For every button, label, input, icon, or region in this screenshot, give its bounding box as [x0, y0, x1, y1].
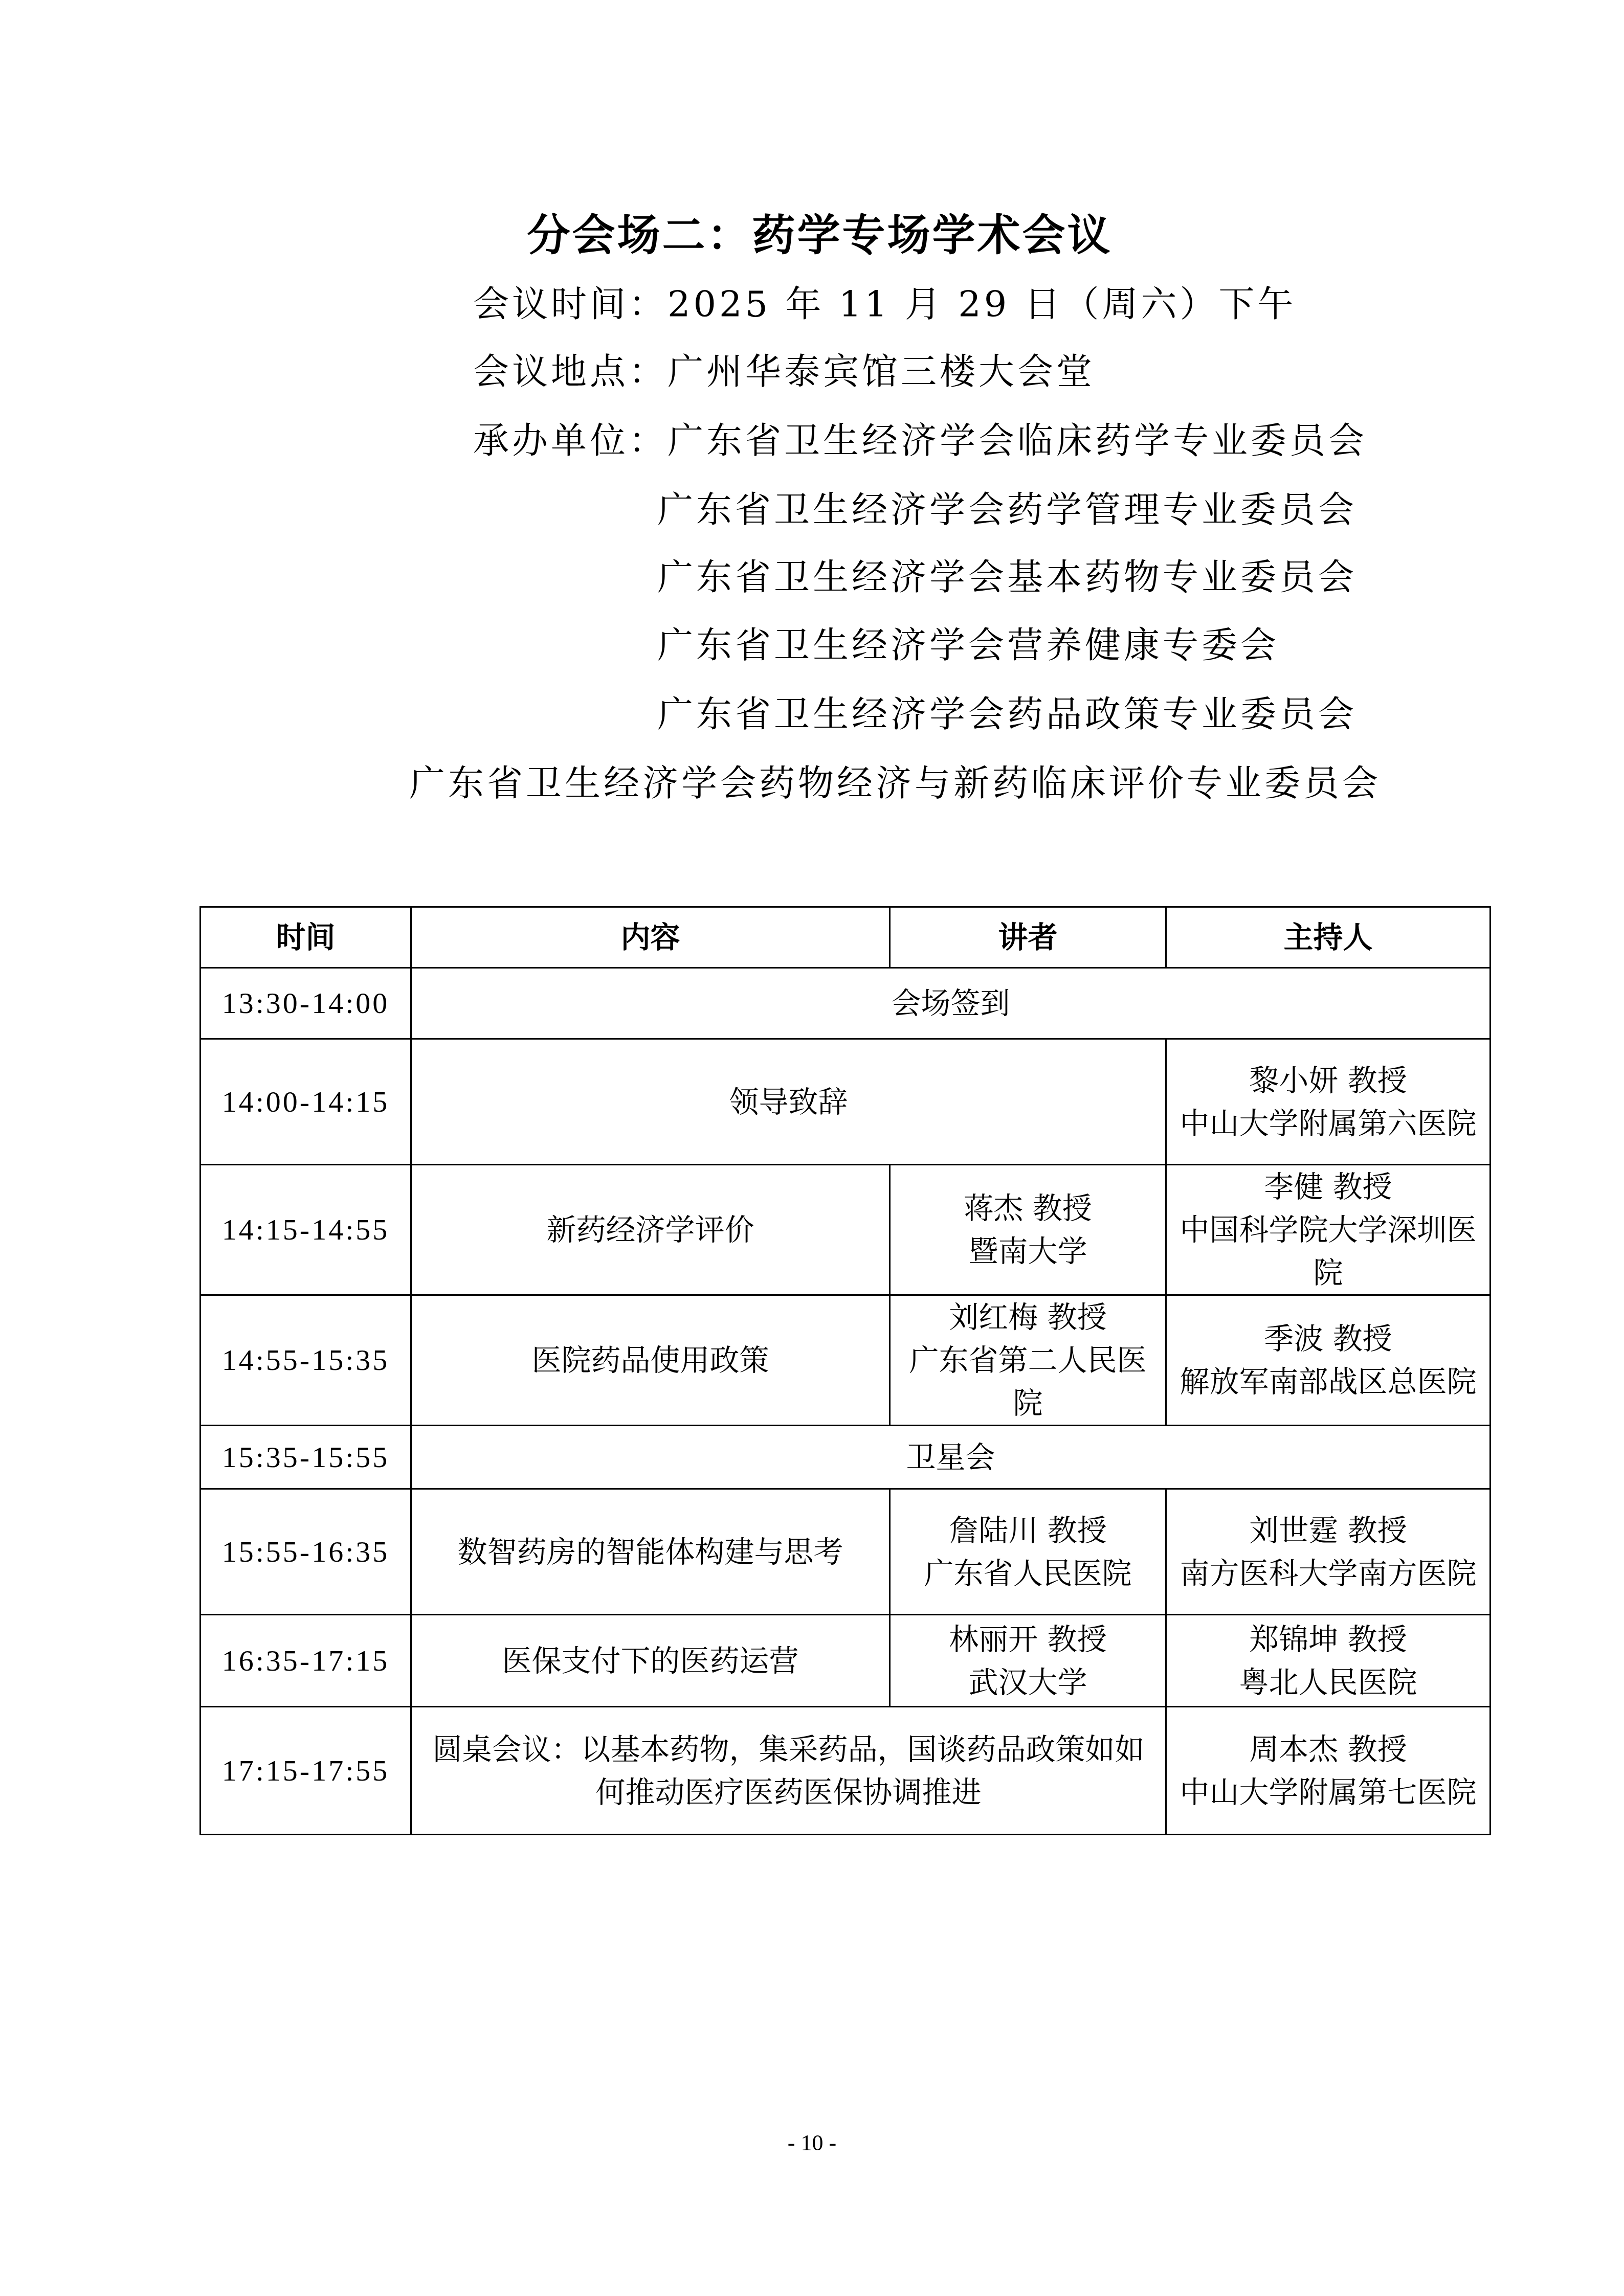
- time-cell: 16:35-17:15: [201, 1615, 411, 1707]
- content-cell: 领导致辞: [411, 1039, 1166, 1165]
- host-name: 黎小妍 教授: [1171, 1059, 1485, 1102]
- speaker-name: 詹陆川 教授: [895, 1509, 1161, 1552]
- organizers: 承办单位：广东省卫生经济学会临床药学专业委员会: [473, 415, 1367, 466]
- organizer-item: 广东省卫生经济学会基本药物专业委员会: [657, 552, 1357, 603]
- table-row: 15:35-15:55 卫星会: [201, 1426, 1490, 1489]
- speaker-name: 林丽开 教授: [895, 1618, 1161, 1661]
- host-affiliation: 中山大学附属第七医院: [1171, 1771, 1485, 1814]
- organizer-item: 广东省卫生经济学会药学管理专业委员会: [657, 484, 1357, 535]
- header-host: 主持人: [1166, 907, 1490, 968]
- host-affiliation: 中山大学附属第六医院: [1171, 1102, 1485, 1145]
- time-cell: 14:55-15:35: [201, 1295, 411, 1426]
- host-cell: 周本杰 教授中山大学附属第七医院: [1166, 1707, 1490, 1835]
- host-cell: 季波 教授解放军南部战区总医院: [1166, 1295, 1490, 1426]
- host-affiliation: 中国科学院大学深圳医院: [1171, 1208, 1485, 1294]
- host-cell: 黎小妍 教授中山大学附属第六医院: [1166, 1039, 1490, 1165]
- speaker-cell: 林丽开 教授武汉大学: [890, 1615, 1166, 1707]
- content-cell: 卫星会: [411, 1426, 1490, 1489]
- host-name: 郑锦坤 教授: [1171, 1618, 1485, 1661]
- speaker-affiliation: 广东省人民医院: [895, 1552, 1161, 1595]
- table-row: 13:30-14:00 会场签到: [201, 968, 1490, 1039]
- time-cell: 15:55-16:35: [201, 1489, 411, 1615]
- table-row: 16:35-17:15 医保支付下的医药运营 林丽开 教授武汉大学 郑锦坤 教授…: [201, 1615, 1490, 1707]
- header-content: 内容: [411, 907, 890, 968]
- time-cell: 14:00-14:15: [201, 1039, 411, 1165]
- content-cell: 数智药房的智能体构建与思考: [411, 1489, 890, 1615]
- host-affiliation: 解放军南部战区总医院: [1171, 1360, 1485, 1403]
- speaker-affiliation: 武汉大学: [895, 1661, 1161, 1704]
- speaker-cell: 詹陆川 教授广东省人民医院: [890, 1489, 1166, 1615]
- meeting-time-value: 2025 年 11 月 29 日（周六）下午: [668, 283, 1297, 325]
- content-cell: 医院药品使用政策: [411, 1295, 890, 1426]
- speaker-cell: 蒋杰 教授暨南大学: [890, 1165, 1166, 1295]
- speaker-name: 蒋杰 教授: [895, 1187, 1161, 1230]
- speaker-name: 刘红梅 教授: [895, 1296, 1161, 1339]
- page-number: - 10 -: [0, 2130, 1624, 2156]
- host-name: 季波 教授: [1171, 1317, 1485, 1360]
- time-cell: 13:30-14:00: [201, 968, 411, 1039]
- organizer-item: 广东省卫生经济学会营养健康专委会: [657, 620, 1279, 671]
- host-cell: 郑锦坤 教授粤北人民医院: [1166, 1615, 1490, 1707]
- organizer-item: 广东省卫生经济学会药物经济与新药临床评价专业委员会: [409, 758, 1381, 809]
- table-row: 14:00-14:15 领导致辞 黎小妍 教授中山大学附属第六医院: [201, 1039, 1490, 1165]
- host-name: 周本杰 教授: [1171, 1728, 1485, 1771]
- meeting-time: 会议时间：2025 年 11 月 29 日（周六）下午: [473, 279, 1297, 330]
- table-row: 17:15-17:55 圆桌会议：以基本药物，集采药品，国谈药品政策如如何推动医…: [201, 1707, 1490, 1835]
- header-time: 时间: [201, 907, 411, 968]
- page-title: 分会场二：药学专场学术会议: [0, 205, 1624, 266]
- table-row: 15:55-16:35 数智药房的智能体构建与思考 詹陆川 教授广东省人民医院 …: [201, 1489, 1490, 1615]
- header-speaker: 讲者: [890, 907, 1166, 968]
- time-cell: 15:35-15:55: [201, 1426, 411, 1489]
- organizer-item: 广东省卫生经济学会临床药学专业委员会: [668, 420, 1367, 462]
- content-cell: 圆桌会议：以基本药物，集采药品，国谈药品政策如如何推动医疗医药医保协调推进: [411, 1707, 1166, 1835]
- schedule-table: 时间 内容 讲者 主持人 13:30-14:00 会场签到 14:00-14:1…: [199, 906, 1491, 1835]
- speaker-affiliation: 暨南大学: [895, 1230, 1161, 1273]
- meeting-venue-label: 会议地点：: [473, 346, 668, 397]
- content-cell: 会场签到: [411, 968, 1490, 1039]
- speaker-cell: 刘红梅 教授广东省第二人民医院: [890, 1295, 1166, 1426]
- organizers-label: 承办单位：: [473, 415, 668, 466]
- content-cell: 新药经济学评价: [411, 1165, 890, 1295]
- content-cell: 医保支付下的医药运营: [411, 1615, 890, 1707]
- organizer-item: 广东省卫生经济学会药品政策专业委员会: [657, 689, 1357, 740]
- host-affiliation: 粤北人民医院: [1171, 1661, 1485, 1704]
- meeting-venue: 会议地点：广州华泰宾馆三楼大会堂: [473, 346, 1095, 397]
- meeting-venue-value: 广州华泰宾馆三楼大会堂: [668, 351, 1095, 393]
- host-cell: 李健 教授中国科学院大学深圳医院: [1166, 1165, 1490, 1295]
- speaker-affiliation: 广东省第二人民医院: [895, 1339, 1161, 1425]
- time-cell: 14:15-14:55: [201, 1165, 411, 1295]
- meeting-time-label: 会议时间：: [473, 279, 668, 330]
- host-name: 刘世霆 教授: [1171, 1509, 1485, 1552]
- time-cell: 17:15-17:55: [201, 1707, 411, 1835]
- table-row: 14:15-14:55 新药经济学评价 蒋杰 教授暨南大学 李健 教授中国科学院…: [201, 1165, 1490, 1295]
- host-affiliation: 南方医科大学南方医院: [1171, 1552, 1485, 1595]
- host-cell: 刘世霆 教授南方医科大学南方医院: [1166, 1489, 1490, 1615]
- table-header-row: 时间 内容 讲者 主持人: [201, 907, 1490, 968]
- table-row: 14:55-15:35 医院药品使用政策 刘红梅 教授广东省第二人民医院 季波 …: [201, 1295, 1490, 1426]
- host-name: 李健 教授: [1171, 1165, 1485, 1208]
